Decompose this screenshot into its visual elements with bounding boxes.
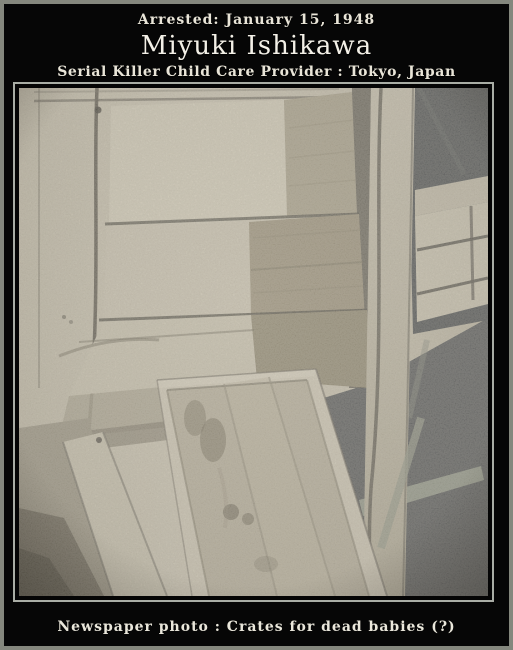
photo-caption: Newspaper photo : Crates for dead babies…	[4, 619, 509, 635]
photo-frame-inner	[19, 88, 488, 596]
arrest-date-line: Arrested: January 15, 1948	[4, 12, 509, 28]
memorial-photo-card: Arrested: January 15, 1948 Miyuki Ishika…	[0, 0, 513, 650]
photo-frame	[13, 82, 494, 602]
subject-name-title: Miyuki Ishikawa	[4, 31, 509, 61]
crates-photo-illustration	[19, 88, 488, 596]
subject-description-line: Serial Killer Child Care Provider : Toky…	[4, 64, 509, 80]
